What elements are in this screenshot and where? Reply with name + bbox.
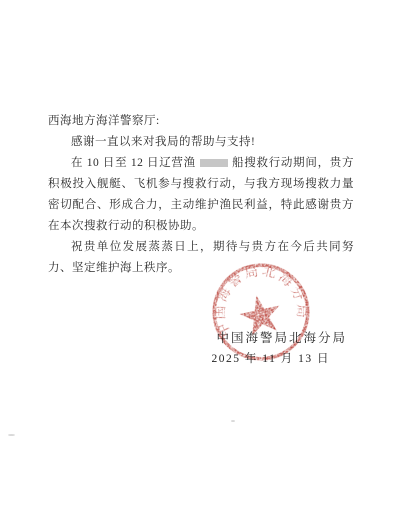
letter-body: 西海地方海洋警察厅: 感谢一直以来对我局的帮助与支持! 在 10 日至 12 日… (48, 111, 354, 279)
paragraph-wishes: 祝贵单位发展蒸蒸日上，期待与贵方在今后共同努力、坚定维护海上秩序。 (48, 237, 354, 279)
paragraph-operation: 在 10 日至 12 日辽营渔船搜救行动期间，贵方积极投入舰艇、飞机参与搜救行动… (48, 153, 354, 237)
paragraph-thanks: 感谢一直以来对我局的帮助与支持! (48, 132, 354, 153)
signature-line: 中国海警局北海分局 (216, 328, 347, 346)
scan-artifact (231, 420, 235, 422)
scanned-letter-page: 西海地方海洋警察厅: 感谢一直以来对我局的帮助与支持! 在 10 日至 12 日… (0, 0, 399, 528)
date-line: 2025 年 11 月 13 日 (212, 350, 330, 366)
scan-artifact (8, 434, 15, 436)
paragraph-operation-before: 在 10 日至 12 日辽营渔 (71, 157, 196, 169)
redaction-box (200, 159, 228, 167)
recipient-line: 西海地方海洋警察厅: (48, 111, 354, 132)
